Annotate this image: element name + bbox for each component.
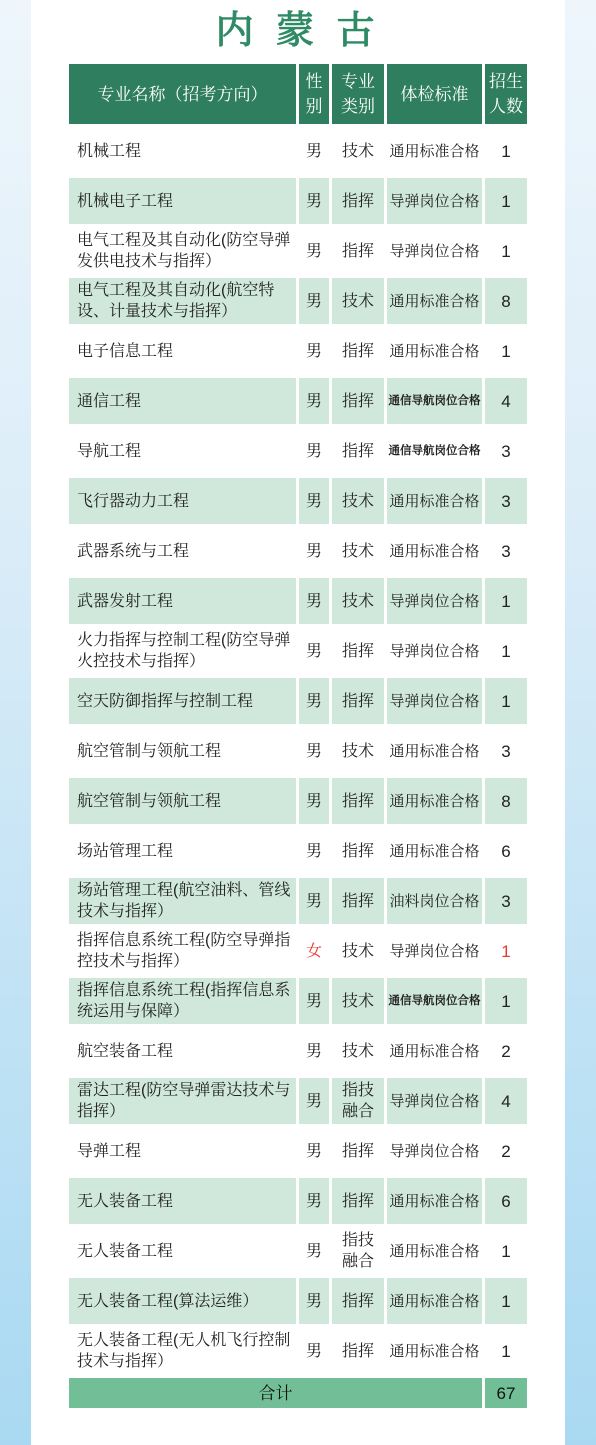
cell-category: 技术 (332, 278, 384, 324)
cell-category: 指技融合 (332, 1228, 384, 1274)
cell-standard: 通信导航岗位合格 (387, 428, 482, 474)
cell-major: 场站管理工程 (69, 828, 296, 874)
cell-count: 1 (485, 328, 527, 374)
cell-standard: 通用标准合格 (387, 778, 482, 824)
cell-category: 指挥 (332, 828, 384, 874)
total-count: 67 (485, 1378, 527, 1408)
cell-major: 指挥信息系统工程(防空导弹指控技术与指挥） (69, 928, 296, 974)
cell-category: 指挥 (332, 428, 384, 474)
cell-count: 4 (485, 378, 527, 424)
page-background: 内 蒙 古 专业名称（招考方向） 性别 专业类别 体检标准 招生人数 机械工程男… (0, 0, 596, 1445)
total-label: 合计 (69, 1378, 482, 1408)
cell-category: 指挥 (332, 378, 384, 424)
cell-category: 技术 (332, 478, 384, 524)
cell-count: 1 (485, 228, 527, 274)
cell-major: 通信工程 (69, 378, 296, 424)
cell-major: 航空装备工程 (69, 1028, 296, 1074)
cell-standard: 通用标准合格 (387, 1028, 482, 1074)
table-row: 无人装备工程男指挥通用标准合格6 (69, 1178, 527, 1224)
table-row: 航空管制与领航工程男技术通用标准合格3 (69, 728, 527, 774)
cell-major: 电气工程及其自动化(航空特设、计量技术与指挥） (69, 278, 296, 324)
cell-gender: 男 (299, 228, 329, 274)
cell-standard: 通用标准合格 (387, 1178, 482, 1224)
cell-major: 武器系统与工程 (69, 528, 296, 574)
cell-gender: 男 (299, 478, 329, 524)
cell-standard: 通用标准合格 (387, 1328, 482, 1374)
cell-major: 场站管理工程(航空油料、管线技术与指挥） (69, 878, 296, 924)
cell-count: 1 (485, 978, 527, 1024)
table-body: 机械工程男技术通用标准合格1机械电子工程男指挥导弹岗位合格1电气工程及其自动化(… (69, 128, 527, 1374)
cell-count: 1 (485, 928, 527, 974)
content-card: 内 蒙 古 专业名称（招考方向） 性别 专业类别 体检标准 招生人数 机械工程男… (31, 0, 565, 1445)
cell-standard: 导弹岗位合格 (387, 1128, 482, 1174)
cell-count: 8 (485, 778, 527, 824)
cell-category: 指挥 (332, 878, 384, 924)
cell-major: 无人装备工程 (69, 1178, 296, 1224)
table-row: 场站管理工程男指挥通用标准合格6 (69, 828, 527, 874)
cell-category: 指挥 (332, 1178, 384, 1224)
cell-major: 导弹工程 (69, 1128, 296, 1174)
cell-standard: 通信导航岗位合格 (387, 378, 482, 424)
cell-category: 指挥 (332, 678, 384, 724)
cell-gender: 男 (299, 1278, 329, 1324)
table-row: 指挥信息系统工程(指挥信息系统运用与保障）男技术通信导航岗位合格1 (69, 978, 527, 1024)
cell-gender: 男 (299, 728, 329, 774)
table-row: 机械电子工程男指挥导弹岗位合格1 (69, 178, 527, 224)
cell-gender: 男 (299, 328, 329, 374)
table-row: 航空管制与领航工程男指挥通用标准合格8 (69, 778, 527, 824)
cell-gender: 男 (299, 1128, 329, 1174)
cell-count: 1 (485, 678, 527, 724)
cell-gender: 女 (299, 928, 329, 974)
cell-count: 1 (485, 1278, 527, 1324)
cell-count: 1 (485, 1328, 527, 1374)
cell-count: 3 (485, 878, 527, 924)
cell-gender: 男 (299, 178, 329, 224)
cell-category: 技术 (332, 578, 384, 624)
table-row: 雷达工程(防空导弹雷达技术与指挥）男指技融合导弹岗位合格4 (69, 1078, 527, 1124)
cell-standard: 导弹岗位合格 (387, 1078, 482, 1124)
cell-standard: 通用标准合格 (387, 1278, 482, 1324)
cell-count: 3 (485, 528, 527, 574)
cell-standard: 通用标准合格 (387, 1228, 482, 1274)
table-row: 武器系统与工程男技术通用标准合格3 (69, 528, 527, 574)
cell-major: 无人装备工程(无人机飞行控制技术与指挥） (69, 1328, 296, 1374)
cell-gender: 男 (299, 278, 329, 324)
cell-category: 指挥 (332, 228, 384, 274)
cell-standard: 导弹岗位合格 (387, 578, 482, 624)
cell-count: 4 (485, 1078, 527, 1124)
cell-major: 电子信息工程 (69, 328, 296, 374)
table-row: 空天防御指挥与控制工程男指挥导弹岗位合格1 (69, 678, 527, 724)
cell-gender: 男 (299, 1328, 329, 1374)
cell-major: 航空管制与领航工程 (69, 778, 296, 824)
header-row: 专业名称（招考方向） 性别 专业类别 体检标准 招生人数 (69, 64, 527, 124)
cell-major: 空天防御指挥与控制工程 (69, 678, 296, 724)
cell-gender: 男 (299, 878, 329, 924)
cell-count: 1 (485, 578, 527, 624)
table-row: 无人装备工程(算法运维）男指挥通用标准合格1 (69, 1278, 527, 1324)
table-row: 无人装备工程男指技融合通用标准合格1 (69, 1228, 527, 1274)
cell-gender: 男 (299, 578, 329, 624)
cell-standard: 通用标准合格 (387, 528, 482, 574)
cell-major: 指挥信息系统工程(指挥信息系统运用与保障） (69, 978, 296, 1024)
cell-major: 飞行器动力工程 (69, 478, 296, 524)
column-header-standard: 体检标准 (387, 64, 482, 124)
table-row: 导航工程男指挥通信导航岗位合格3 (69, 428, 527, 474)
cell-count: 3 (485, 478, 527, 524)
cell-standard: 油料岗位合格 (387, 878, 482, 924)
cell-major: 航空管制与领航工程 (69, 728, 296, 774)
cell-category: 技术 (332, 528, 384, 574)
cell-major: 导航工程 (69, 428, 296, 474)
cell-major: 火力指挥与控制工程(防空导弹火控技术与指挥） (69, 628, 296, 674)
cell-count: 6 (485, 1178, 527, 1224)
cell-standard: 通用标准合格 (387, 278, 482, 324)
cell-gender: 男 (299, 1228, 329, 1274)
cell-category: 指技融合 (332, 1078, 384, 1124)
table-row: 导弹工程男指挥导弹岗位合格2 (69, 1128, 527, 1174)
cell-category: 指挥 (332, 1328, 384, 1374)
cell-standard: 导弹岗位合格 (387, 228, 482, 274)
cell-gender: 男 (299, 778, 329, 824)
table-row: 指挥信息系统工程(防空导弹指控技术与指挥）女技术导弹岗位合格1 (69, 928, 527, 974)
cell-standard: 通用标准合格 (387, 728, 482, 774)
cell-standard: 导弹岗位合格 (387, 928, 482, 974)
cell-standard: 通信导航岗位合格 (387, 978, 482, 1024)
cell-count: 2 (485, 1028, 527, 1074)
cell-category: 指挥 (332, 778, 384, 824)
table-row: 通信工程男指挥通信导航岗位合格4 (69, 378, 527, 424)
cell-major: 雷达工程(防空导弹雷达技术与指挥） (69, 1078, 296, 1124)
cell-standard: 通用标准合格 (387, 328, 482, 374)
column-header-count: 招生人数 (485, 64, 527, 124)
cell-count: 2 (485, 1128, 527, 1174)
cell-gender: 男 (299, 1178, 329, 1224)
cell-category: 技术 (332, 1028, 384, 1074)
total-row: 合计 67 (69, 1378, 527, 1408)
cell-category: 技术 (332, 128, 384, 174)
column-header-major: 专业名称（招考方向） (69, 64, 296, 124)
table-row: 电子信息工程男指挥通用标准合格1 (69, 328, 527, 374)
cell-gender: 男 (299, 978, 329, 1024)
cell-gender: 男 (299, 1028, 329, 1074)
table-row: 无人装备工程(无人机飞行控制技术与指挥）男指挥通用标准合格1 (69, 1328, 527, 1374)
cell-standard: 导弹岗位合格 (387, 628, 482, 674)
cell-category: 指挥 (332, 328, 384, 374)
cell-count: 1 (485, 628, 527, 674)
cell-count: 3 (485, 428, 527, 474)
cell-standard: 导弹岗位合格 (387, 178, 482, 224)
cell-major: 电气工程及其自动化(防空导弹发供电技术与指挥） (69, 228, 296, 274)
cell-gender: 男 (299, 628, 329, 674)
admissions-table: 专业名称（招考方向） 性别 专业类别 体检标准 招生人数 机械工程男技术通用标准… (66, 60, 530, 1412)
table-row: 飞行器动力工程男技术通用标准合格3 (69, 478, 527, 524)
cell-count: 1 (485, 1228, 527, 1274)
cell-count: 8 (485, 278, 527, 324)
table-row: 机械工程男技术通用标准合格1 (69, 128, 527, 174)
cell-major: 机械电子工程 (69, 178, 296, 224)
table-row: 武器发射工程男技术导弹岗位合格1 (69, 578, 527, 624)
cell-count: 1 (485, 128, 527, 174)
cell-gender: 男 (299, 428, 329, 474)
cell-gender: 男 (299, 1078, 329, 1124)
cell-category: 指挥 (332, 1128, 384, 1174)
cell-standard: 通用标准合格 (387, 128, 482, 174)
cell-major: 武器发射工程 (69, 578, 296, 624)
cell-category: 指挥 (332, 178, 384, 224)
cell-gender: 男 (299, 128, 329, 174)
column-header-gender: 性别 (299, 64, 329, 124)
column-header-category: 专业类别 (332, 64, 384, 124)
cell-gender: 男 (299, 378, 329, 424)
cell-gender: 男 (299, 678, 329, 724)
table-row: 火力指挥与控制工程(防空导弹火控技术与指挥）男指挥导弹岗位合格1 (69, 628, 527, 674)
cell-count: 1 (485, 178, 527, 224)
cell-category: 指挥 (332, 1278, 384, 1324)
cell-gender: 男 (299, 828, 329, 874)
table-row: 航空装备工程男技术通用标准合格2 (69, 1028, 527, 1074)
table-row: 电气工程及其自动化(航空特设、计量技术与指挥）男技术通用标准合格8 (69, 278, 527, 324)
cell-category: 指挥 (332, 628, 384, 674)
page-title: 内 蒙 古 (31, 0, 565, 58)
cell-gender: 男 (299, 528, 329, 574)
cell-count: 6 (485, 828, 527, 874)
table-row: 电气工程及其自动化(防空导弹发供电技术与指挥）男指挥导弹岗位合格1 (69, 228, 527, 274)
cell-major: 无人装备工程 (69, 1228, 296, 1274)
cell-standard: 通用标准合格 (387, 478, 482, 524)
cell-major: 机械工程 (69, 128, 296, 174)
cell-category: 技术 (332, 928, 384, 974)
cell-count: 3 (485, 728, 527, 774)
cell-category: 技术 (332, 728, 384, 774)
table-row: 场站管理工程(航空油料、管线技术与指挥）男指挥油料岗位合格3 (69, 878, 527, 924)
cell-major: 无人装备工程(算法运维） (69, 1278, 296, 1324)
cell-standard: 导弹岗位合格 (387, 678, 482, 724)
cell-standard: 通用标准合格 (387, 828, 482, 874)
cell-category: 技术 (332, 978, 384, 1024)
